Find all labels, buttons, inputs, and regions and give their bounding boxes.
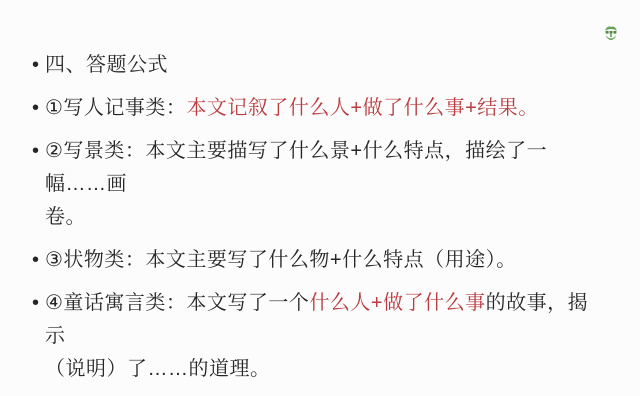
slide-body: • 四、答题公式 • ①写人记事类：本文记叙了什么人+做了什么事+结果。 • ②… [32,49,607,360]
text-line: ④童话寓言类：本文写了一个什么人+做了什么事的故事，揭示 [45,287,607,353]
title-text: 四、答题公式 [45,54,168,76]
bullet-item-4: • ④童话寓言类：本文写了一个什么人+做了什么事的故事，揭示 （说明）了……的道… [32,287,607,360]
bullet-dot: • [32,244,40,277]
label-text: ①写人记事类： [45,97,186,119]
green-laurel-emblem-icon [601,23,621,43]
text-line: ①写人记事类：本文记叙了什么人+做了什么事+结果。 [45,92,607,125]
bullet-item-2: • ②写景类：本文主要描写了什么景+什么特点，描绘了一幅……画 卷。 [32,135,607,234]
body-text: ②写景类：本文主要描写了什么景+什么特点，描绘了一幅……画 [45,140,547,195]
text-line-wrap: 卷。 [45,201,607,234]
presentation-slide: • 四、答题公式 • ①写人记事类：本文记叙了什么人+做了什么事+结果。 • ②… [0,0,640,360]
text-line-wrap: （说明）了……的道理。 [45,353,607,360]
text-line: ③状物类：本文主要写了什么物+什么特点（用途）。 [45,244,607,277]
bullet-dot: • [32,92,40,125]
bullet-dot: • [32,287,40,320]
bullet-item-1: • ①写人记事类：本文记叙了什么人+做了什么事+结果。 [32,92,607,125]
highlighted-formula-text: 本文记叙了什么人+做了什么事+结果。 [186,97,538,119]
body-text: 卷。 [45,206,86,228]
title-line: 四、答题公式 [45,49,607,82]
text-line: ②写景类：本文主要描写了什么景+什么特点，描绘了一幅……画 [45,135,607,201]
body-text: ④童话寓言类：本文写了一个 [45,292,309,314]
slide-title: • 四、答题公式 [32,49,607,82]
bullet-item-3: • ③状物类：本文主要写了什么物+什么特点（用途）。 [32,244,607,277]
bullet-dot: • [32,135,40,168]
body-text: ③状物类：本文主要写了什么物+什么特点（用途）。 [45,249,517,271]
highlighted-formula-text: 什么人+做了什么事 [309,292,485,314]
bullet-dot: • [32,49,40,82]
